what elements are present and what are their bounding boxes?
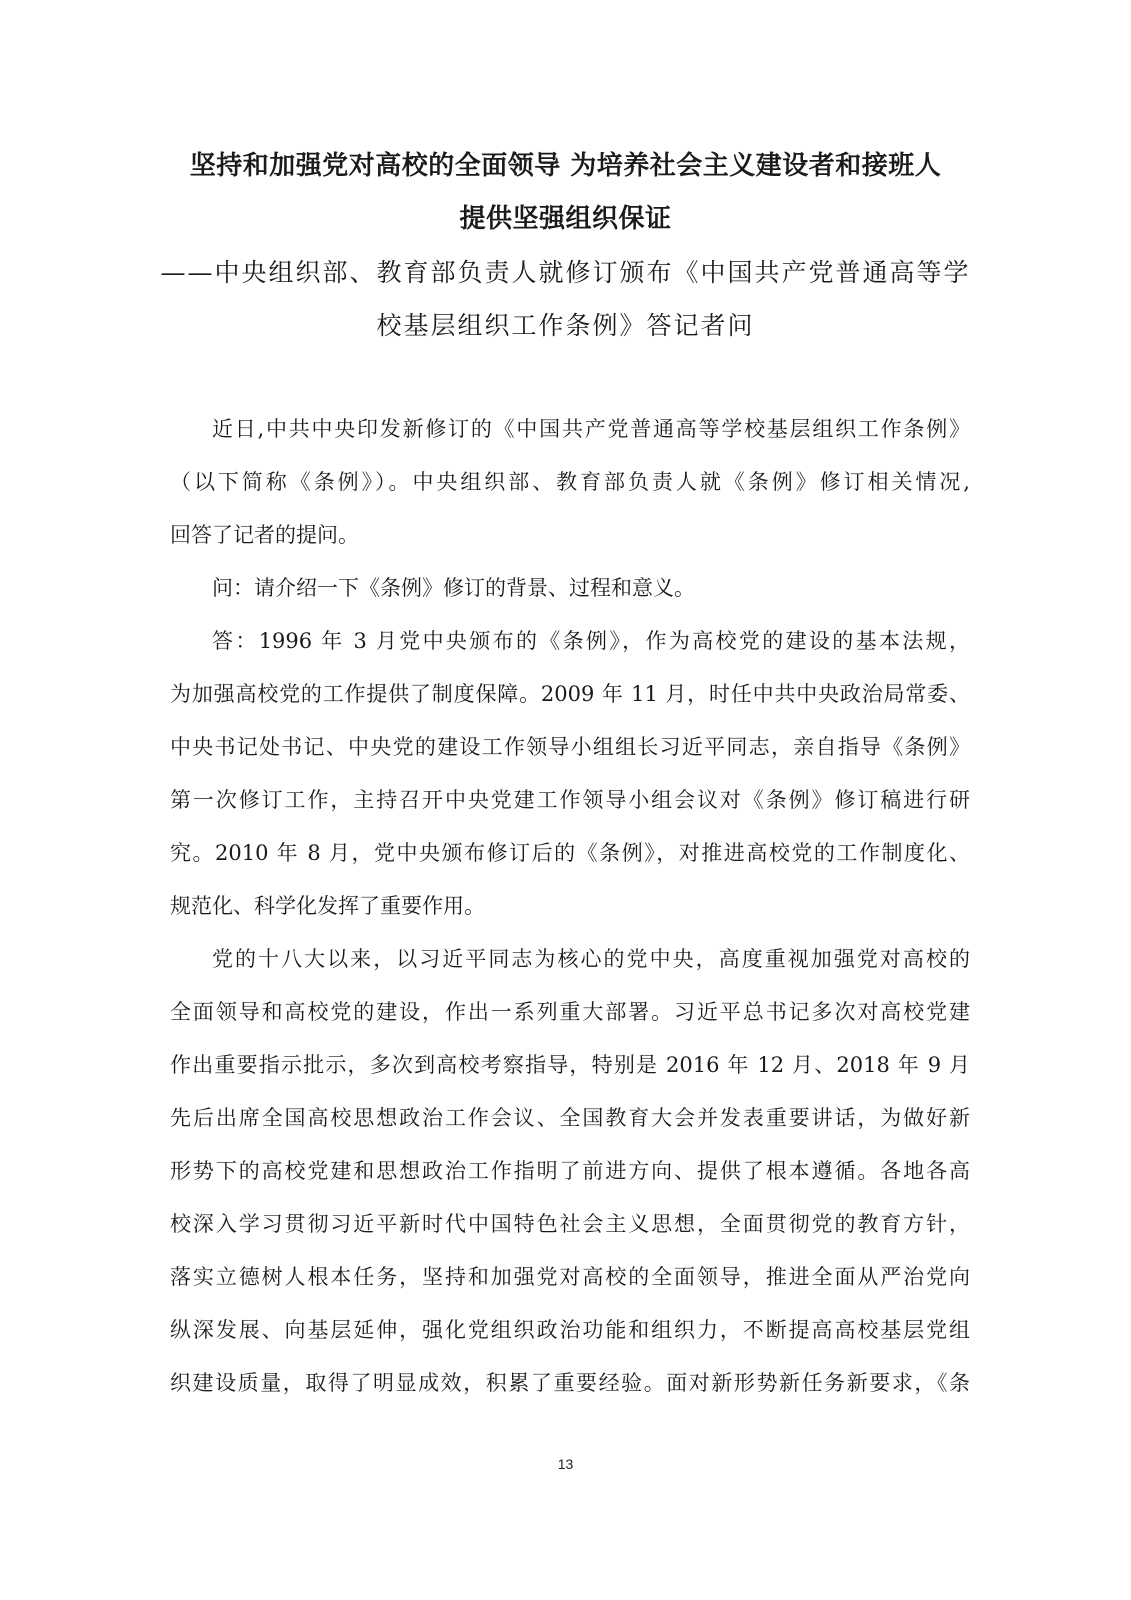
title-line-1: 坚持和加强党对高校的全面领导 为培养社会主义建设者和接班人 [150, 146, 981, 186]
body-line: 规范化、科学化发挥了重要作用。 [170, 890, 970, 922]
body-line: 作出重要指示批示，多次到高校考察指导，特别是 2016 年 12 月、2018 … [170, 1049, 970, 1081]
body-line: 回答了记者的提问。 [170, 519, 970, 551]
body-line: 落实立德树人根本任务，坚持和加强党对高校的全面领导，推进全面从严治党向 [170, 1261, 970, 1293]
body-line: 中央书记处书记、中央党的建设工作领导小组组长习近平同志，亲自指导《条例》 [170, 731, 970, 763]
body-line: 究。2010 年 8 月，党中央颁布修订后的《条例》，对推进高校党的工作制度化、 [170, 837, 970, 869]
body-line: 第一次修订工作，主持召开中央党建工作领导小组会议对《条例》修订稿进行研 [170, 784, 970, 816]
body-line: （以下简称《条例》）。中央组织部、教育部负责人就《条例》修订相关情况, [170, 466, 970, 498]
body-line: 校深入学习贯彻习近平新时代中国特色社会主义思想，全面贯彻党的教育方针， [170, 1208, 970, 1240]
subtitle-line-2: 校基层组织工作条例》答记者问 [150, 306, 981, 346]
subtitle-line-1: ——中央组织部、教育部负责人就修订颁布《中国共产党普通高等学 [150, 253, 981, 293]
page-number: 13 [0, 1456, 1131, 1472]
document-page: 坚持和加强党对高校的全面领导 为培养社会主义建设者和接班人 提供坚强组织保证 —… [0, 0, 1131, 1600]
body-line: 织建设质量，取得了明显成效，积累了重要经验。面对新形势新任务新要求，《条 [170, 1367, 970, 1399]
body-line: 问：请介绍一下《条例》修订的背景、过程和意义。 [212, 572, 970, 604]
body-line: 纵深发展、向基层延伸，强化党组织政治功能和组织力，不断提高高校基层党组 [170, 1314, 970, 1346]
body-line: 答：1996 年 3 月党中央颁布的《条例》，作为高校党的建设的基本法规， [212, 625, 970, 657]
body-line: 为加强高校党的工作提供了制度保障。2009 年 11 月，时任中共中央政治局常委… [170, 678, 970, 710]
body-line: 党的十八大以来，以习近平同志为核心的党中央，高度重视加强党对高校的 [212, 943, 970, 975]
body-line: 近日,中共中央印发新修订的《中国共产党普通高等学校基层组织工作条例》 [212, 413, 970, 445]
body-line: 形势下的高校党建和思想政治工作指明了前进方向、提供了根本遵循。各地各高 [170, 1155, 970, 1187]
body-line: 先后出席全国高校思想政治工作会议、全国教育大会并发表重要讲话，为做好新 [170, 1102, 970, 1134]
title-line-2: 提供坚强组织保证 [150, 199, 981, 239]
body-line: 全面领导和高校党的建设，作出一系列重大部署。习近平总书记多次对高校党建 [170, 996, 970, 1028]
